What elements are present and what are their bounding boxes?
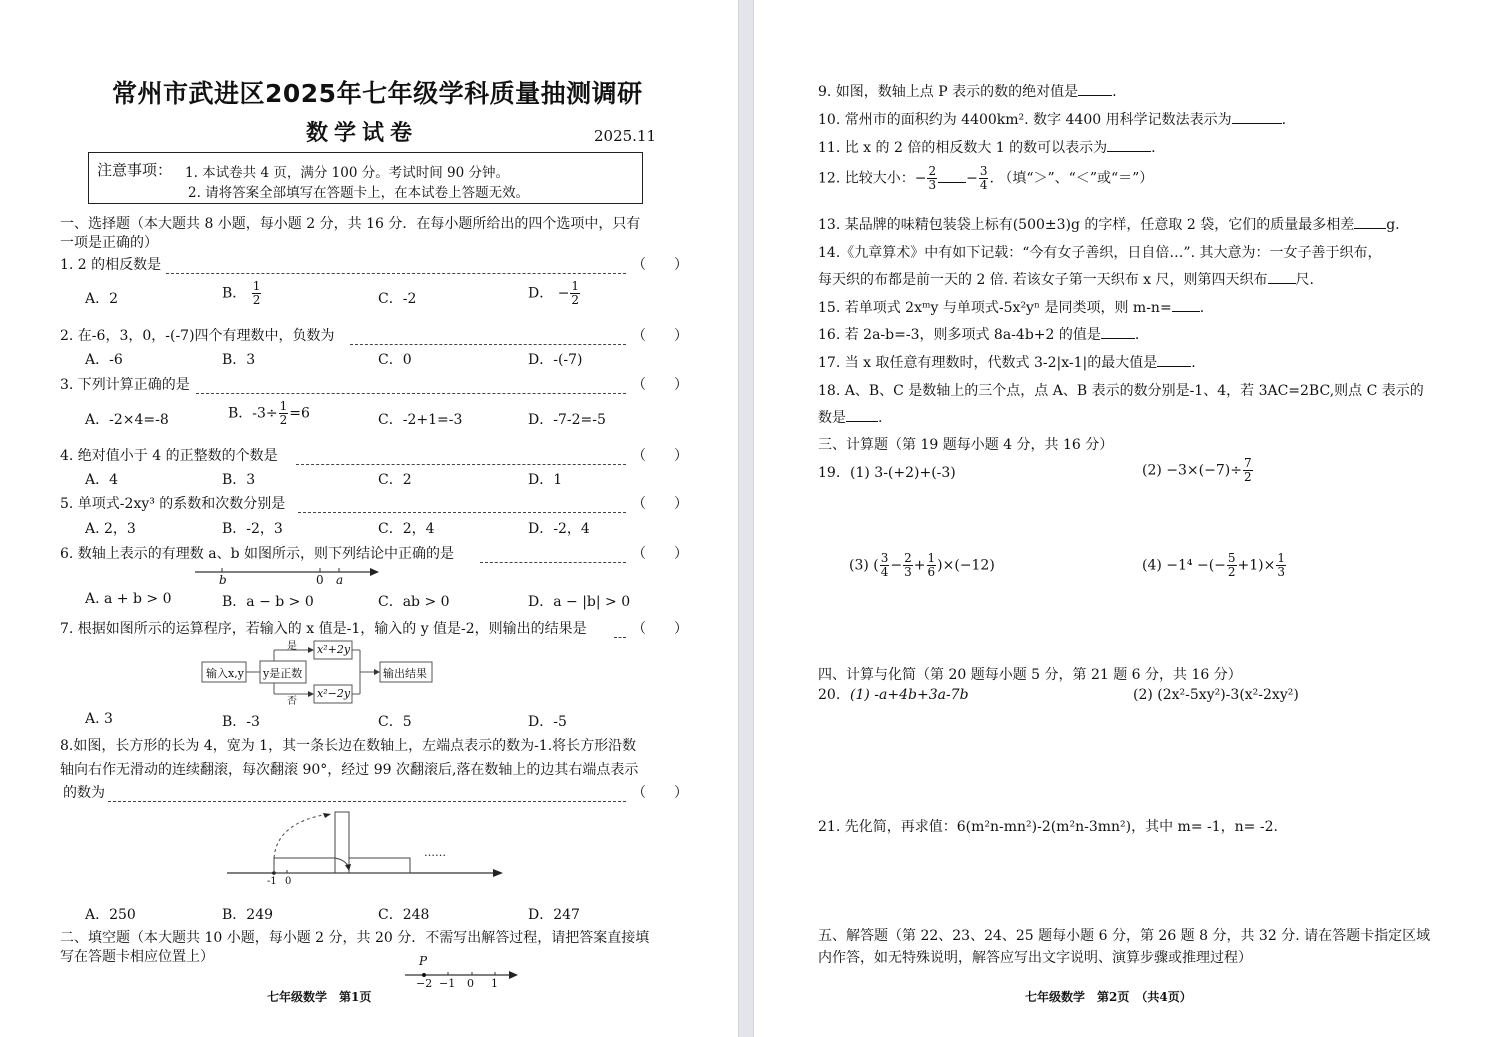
- question-2-stem: 2. 在-6，3，0，-(-7)四个有理数中，负数为: [60, 325, 335, 345]
- q6-option-c: C．ab > 0: [378, 591, 450, 611]
- question-14-cont: 每天织的布都是前一天的 2 倍. 若该女子第一天织布 x 尺，则第四天织布尺.: [818, 269, 1314, 289]
- question-11: 11. 比 x 的 2 倍的相反数大 1 的数可以表示为.: [818, 137, 1156, 157]
- flowchart-input-box: 输入x,y: [206, 665, 244, 681]
- q19-part-2: (2) −3×(−7)÷72: [1142, 457, 1254, 484]
- axis-label-b: b: [219, 573, 227, 587]
- fraction: 52: [1227, 552, 1237, 579]
- q6-option-b: B．a − b > 0: [222, 591, 314, 611]
- question-8-stem-cont: 轴向右作无滑动的连续翻滚，每次翻滚 90°，经过 99 次翻滚后,落在数轴上的边…: [60, 759, 638, 779]
- question-1-stem: 1. 2 的相反数是: [60, 254, 161, 274]
- ellipsis: ……: [424, 846, 446, 859]
- rolling-rectangle-diagram: [225, 808, 505, 878]
- option-label: B．: [222, 286, 246, 302]
- fraction: 34: [979, 165, 989, 192]
- q3-option-c: C．-2+1=-3: [378, 409, 462, 429]
- q7-option-c: C．5: [378, 711, 412, 731]
- flowchart-yes-expr: x²+2y: [317, 643, 350, 656]
- q2-option-d: D．-(-7): [528, 349, 583, 369]
- leader-dots: [480, 552, 626, 571]
- answer-blank: [846, 409, 878, 422]
- fraction: 23: [903, 552, 913, 579]
- q7-option-b: B．-3: [222, 711, 260, 731]
- question-12: 12. 比较大小：−23−34. （填“＞”、“＜”或“＝”）: [818, 165, 1153, 192]
- page-divider: [738, 0, 754, 1037]
- question-15: 15. 若单项式 2xᵐy 与单项式-5x²yⁿ 是同类项，则 m-n=.: [818, 297, 1204, 317]
- answer-bracket-4: （ ）: [632, 445, 688, 465]
- fraction: 72: [1243, 457, 1253, 484]
- question-8-stem-end: 的数为: [63, 782, 105, 802]
- question-16: 16. 若 2a-b=-3，则多项式 8a-4b+2 的值是.: [818, 324, 1139, 344]
- question-19-label: 19.: [818, 465, 840, 481]
- section-4-heading: 四、计算与化简（第 20 题每小题 5 分，第 21 题 6 分，共 16 分）: [818, 664, 1242, 684]
- q5-option-c: C．2，4: [378, 518, 435, 538]
- fraction: 23: [927, 165, 937, 192]
- answer-blank: [1232, 111, 1282, 124]
- section-1-heading-cont: 一项是正确的）: [60, 232, 158, 252]
- question-7-stem: 7. 根据如图所示的运算程序，若输入的 x 值是-1，输入的 y 值是-2，则输…: [60, 618, 587, 638]
- exam-page-2: 9. 如图，数轴上点 P 表示的数的绝对值是. 10. 常州市的面积约为 440…: [754, 0, 1491, 1037]
- question-17: 17. 当 x 取任意有理数时，代数式 3-2|x-1|的最大值是.: [818, 352, 1196, 372]
- q4-option-b: B．3: [222, 469, 255, 489]
- exam-date: 2025.11: [594, 127, 656, 145]
- question-20-label: 20.: [818, 687, 840, 703]
- answer-bracket-7: （ ）: [632, 618, 688, 638]
- q8-option-d: D．247: [528, 904, 580, 924]
- axis-label-a: a: [336, 573, 343, 587]
- answer-blank: [1101, 326, 1135, 339]
- fraction: 34: [880, 552, 890, 579]
- page-footer: 七年级数学 第2页 （共4页）: [1025, 988, 1192, 1005]
- q4-option-a: A．4: [85, 469, 118, 489]
- question-6-stem: 6. 数轴上表示的有理数 a、b 如图所示，则下列结论中正确的是: [60, 543, 454, 563]
- fraction: 12: [252, 280, 262, 307]
- question-10: 10. 常州市的面积约为 4400km². 数字 4400 用科学记数法表示为.: [818, 109, 1286, 129]
- answer-blank: [1172, 299, 1200, 312]
- q5-option-d: D．-2，4: [528, 518, 590, 538]
- q5-option-a: A. 2，3: [85, 518, 136, 538]
- axis-label-0: 0: [467, 977, 474, 990]
- flowchart-no-label: 否: [287, 692, 297, 707]
- q1-option-a: A．2: [85, 288, 118, 308]
- notice-line-2: 2. 请将答案全部填写在答题卡上，在本试卷上答题无效。: [188, 181, 529, 201]
- fraction: 12: [570, 280, 580, 307]
- answer-blank: [1157, 354, 1191, 367]
- question-18-cont: 数是.: [818, 407, 882, 427]
- fraction: 13: [1276, 552, 1286, 579]
- q8-option-a: A．250: [85, 904, 136, 924]
- q1-option-d: D． −12: [528, 280, 581, 307]
- flowchart-yes-label: 是: [287, 637, 297, 652]
- section-2-heading-cont: 写在答题卡相应位置上）: [60, 946, 214, 966]
- answer-blank: [1354, 216, 1386, 229]
- q3-option-a: A．-2×4=-8: [85, 409, 169, 429]
- axis-label-neg2: −2: [416, 977, 432, 990]
- q8-option-c: C．248: [378, 904, 429, 924]
- section-3-heading: 三、计算题（第 19 题每小题 4 分，共 16 分）: [818, 434, 1113, 454]
- answer-bracket-8: （ ）: [632, 782, 688, 802]
- leader-dots: [614, 627, 626, 646]
- answer-bracket-3: （ ）: [632, 374, 688, 394]
- axis-label-0: 0: [285, 876, 291, 887]
- notice-label: 注意事项：: [97, 159, 172, 180]
- q5-option-b: B．-2，3: [222, 518, 283, 538]
- q6-option-a: A. a + b > 0: [85, 591, 172, 607]
- answer-bracket-1: （ ）: [632, 254, 688, 274]
- answer-bracket-5: （ ）: [632, 493, 688, 513]
- section-5-heading-cont: 内作答，如无特殊说明，解答应写出文字说明、演算步骤或推理过程）: [818, 947, 1252, 967]
- q6-option-d: D．a − |b| > 0: [528, 591, 630, 611]
- question-14: 14.《九章算术》中有如下记载：“今有女子善织，日自倍…”. 其大意为：一女子善…: [818, 242, 1381, 262]
- question-18: 18. A、B、C 是数轴上的三个点，点 A、B 表示的数分别是-1、4，若 3…: [818, 380, 1424, 400]
- q2-option-b: B．3: [222, 349, 255, 369]
- question-5-stem: 5. 单项式-2xy³ 的系数和次数分别是: [60, 493, 285, 513]
- answer-blank: [1078, 83, 1112, 96]
- page-footer: 七年级数学 第1页: [267, 988, 371, 1005]
- q19-part-4: (4) −1⁴ −(−52+1)×13: [1142, 552, 1287, 579]
- question-9: 9. 如图，数轴上点 P 表示的数的绝对值是.: [818, 81, 1117, 101]
- q19-part-1: (1) 3-(+2)+(-3): [850, 465, 956, 481]
- axis-label-neg1: −1: [439, 977, 455, 990]
- option-label: D．: [528, 286, 553, 302]
- question-21: 21. 先化简，再求值：6(m²n-mn²)-2(m²n-3mn²)，其中 m=…: [818, 816, 1278, 836]
- exam-page-1: 常州市武进区2025年七年级学科质量抽测调研 数学试卷 2025.11 注意事项…: [0, 0, 738, 1037]
- point-p-label: P: [419, 954, 427, 968]
- flowchart-output-box: 输出结果: [383, 665, 427, 681]
- section-5-heading: 五、解答题（第 22、23、24、25 题每小题 6 分，第 26 题 8 分，…: [818, 925, 1430, 945]
- section-1-heading: 一、选择题（本大题共 8 小题，每小题 2 分，共 16 分．在每小题所给出的四…: [60, 213, 640, 233]
- flowchart-no-expr: x²−2y: [317, 687, 350, 700]
- q2-option-c: C．0: [378, 349, 412, 369]
- q7-option-d: D．-5: [528, 711, 567, 731]
- q1-option-b: B． 12: [222, 280, 262, 307]
- q8-option-b: B．249: [222, 904, 273, 924]
- exam-title: 常州市武进区2025年七年级学科质量抽测调研: [112, 74, 643, 110]
- notice-box: 注意事项： 1. 本试卷共 4 页，满分 100 分。考试时间 90 分钟。 2…: [88, 152, 643, 204]
- flowchart-condition-box: y是正数: [263, 665, 302, 681]
- q3-option-d: D．-7-2=-5: [528, 409, 606, 429]
- answer-bracket-6: （ ）: [632, 543, 688, 563]
- question-3-stem: 3. 下列计算正确的是: [60, 374, 190, 394]
- exam-subtitle: 数学试卷: [306, 116, 418, 147]
- fraction: 16: [927, 552, 937, 579]
- q20-part-1: (1) -a+4b+3a-7b: [850, 687, 969, 703]
- leader-dots: [296, 454, 626, 473]
- q7-option-a: A. 3: [85, 711, 113, 727]
- q19-part-3: (3) (34−23+16)×(−12): [849, 552, 995, 579]
- axis-label-neg1: -1: [267, 876, 277, 887]
- question-13: 13. 某品牌的味精包装袋上标有(500±3)g 的字样，任意取 2 袋，它们的…: [818, 214, 1400, 234]
- axis-label-1: 1: [491, 977, 498, 990]
- answer-blank: [1268, 271, 1296, 284]
- question-4-stem: 4. 绝对值小于 4 的正整数的个数是: [60, 445, 278, 465]
- q20-part-2: (2) (2x²-5xy²)-3(x²-2xy²): [1133, 687, 1299, 703]
- q2-option-a: A．-6: [85, 349, 123, 369]
- answer-blank: [938, 170, 966, 183]
- q1-option-c: C．-2: [378, 288, 416, 308]
- fraction: 12: [279, 400, 289, 427]
- q3-option-b: B．-3÷12=6: [228, 400, 310, 427]
- answer-bracket-2: （ ）: [632, 325, 688, 345]
- axis-label-0: 0: [316, 573, 324, 587]
- section-2-heading: 二、填空题（本大题共 10 小题，每小题 2 分，共 20 分．不需写出解答过程…: [60, 927, 649, 947]
- q4-option-c: C．2: [378, 469, 412, 489]
- question-8-stem: 8.如图，长方形的长为 4，宽为 1，其一条长边在数轴上，左端点表示的数为-1.…: [60, 735, 636, 755]
- answer-blank: [1107, 139, 1151, 152]
- q4-option-d: D．1: [528, 469, 562, 489]
- notice-line-1: 1. 本试卷共 4 页，满分 100 分。考试时间 90 分钟。: [185, 161, 509, 181]
